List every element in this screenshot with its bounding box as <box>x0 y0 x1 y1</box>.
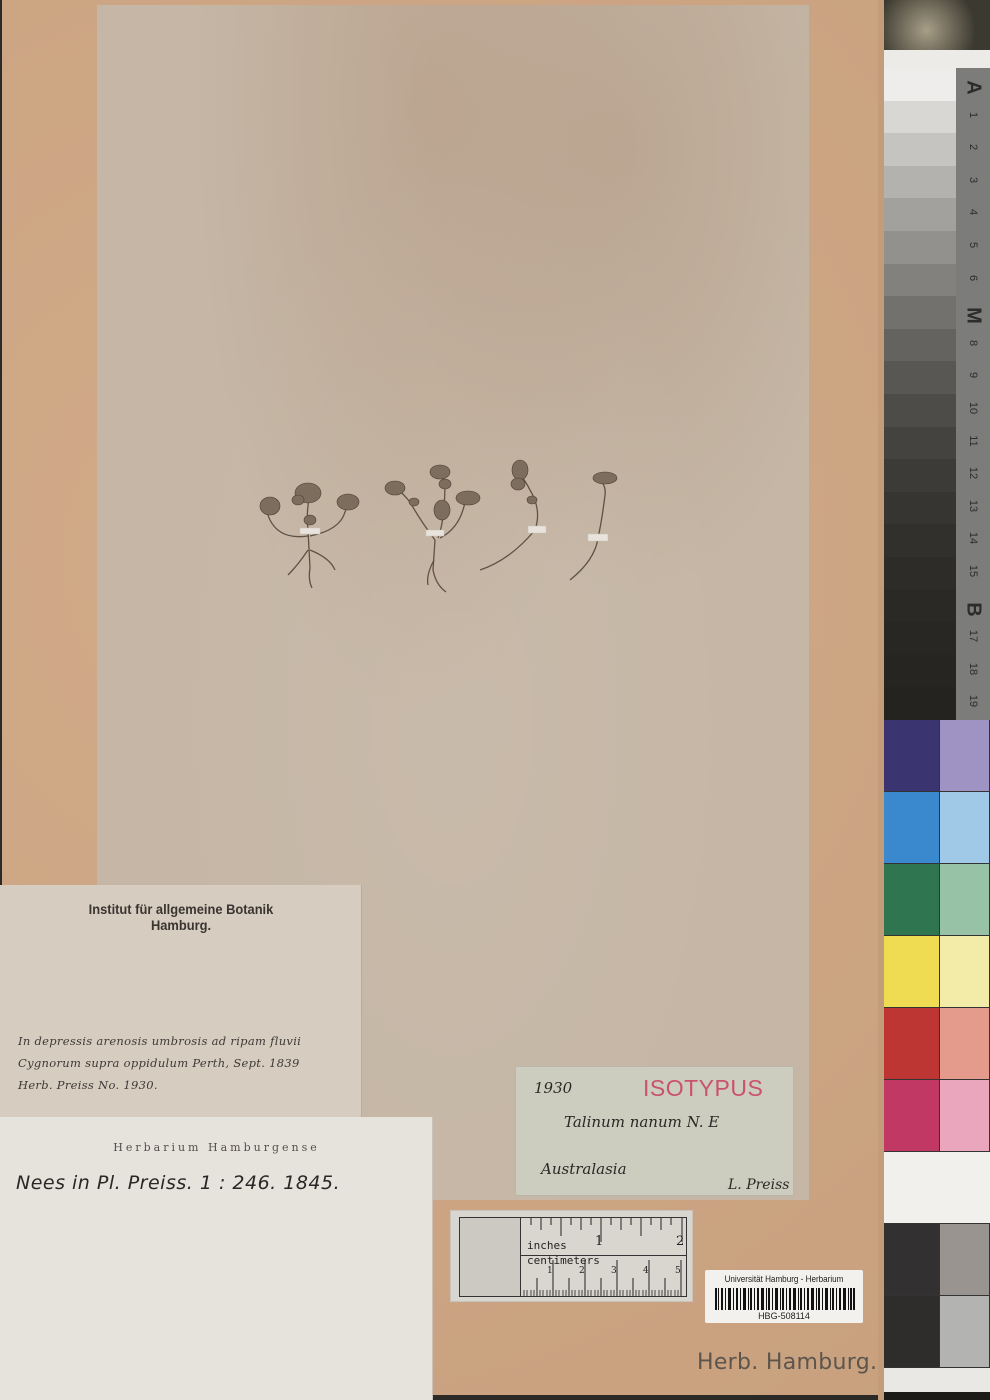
cm-mark-5: 5 <box>675 1266 681 1276</box>
inches-label: inches <box>527 1239 567 1252</box>
isotypus-label: 1930 ISOTYPUS Talinum nanum N. E Austral… <box>515 1066 794 1196</box>
chart-top-shadow <box>884 0 990 50</box>
color-patch-dark <box>884 1152 940 1224</box>
herbarium-hamburgense-label: Herbarium Hamburgense Nees in Pl. Preiss… <box>0 1117 433 1400</box>
color-patch-light <box>940 1152 990 1224</box>
color-calibration-chart: A123456M89101112131415B171819 <box>884 0 990 1400</box>
gray-scale-labels: A123456M89101112131415B171819 <box>956 68 990 720</box>
gray-step <box>884 492 956 526</box>
scale-ruler: inches centimeters 1 2 1 2 3 4 5 <box>450 1210 693 1302</box>
barcode-icon <box>715 1288 855 1310</box>
scale-label: 12 <box>967 456 979 490</box>
color-patch-light <box>940 1080 990 1152</box>
color-patch-dark <box>884 1080 940 1152</box>
gray-step <box>884 68 956 102</box>
gray-step <box>884 655 956 689</box>
inch-mark-2: 2 <box>676 1234 684 1249</box>
gray-step <box>884 264 956 298</box>
dried-plant-specimens <box>250 450 630 600</box>
citation-note: Nees in Pl. Preiss. 1 : 246. 1845. <box>16 1172 340 1194</box>
barcode-number: HBG-508114 <box>705 1311 863 1321</box>
centimeters-label: centimeters <box>527 1254 600 1267</box>
isotypus-stamp: ISOTYPUS <box>643 1075 763 1102</box>
ruler-blank-area <box>460 1218 521 1296</box>
cm-mark-1: 1 <box>547 1266 553 1276</box>
institut-title-line1: Institut für allgemeine Botanik <box>14 901 347 917</box>
color-patch-dark <box>884 720 940 792</box>
color-patch-light <box>940 1008 990 1080</box>
scale-label: 11 <box>967 424 979 458</box>
color-patch-dark <box>884 792 940 864</box>
barcode-institution: Universität Hamburg - Herbarium <box>713 1274 855 1284</box>
color-patch-dark <box>884 1224 940 1296</box>
scale-label: 10 <box>967 391 979 425</box>
color-patch-light <box>940 936 990 1008</box>
region-name: Australasia <box>541 1160 627 1178</box>
collection-locality-note: In depressis arenosis umbrosis ad ripam … <box>18 1030 348 1096</box>
color-patch-light <box>940 720 990 792</box>
gray-step <box>884 166 956 200</box>
gray-step <box>884 133 956 167</box>
gray-step <box>884 557 956 591</box>
color-patch-dark <box>884 1008 940 1080</box>
scale-label: 1 <box>967 98 979 132</box>
barcode-label: Universität Hamburg - Herbarium HBG-5081… <box>705 1270 863 1323</box>
gray-step <box>884 622 956 656</box>
scale-label: 15 <box>967 554 979 588</box>
institut-title: Institut für allgemeine Botanik Hamburg. <box>14 901 347 933</box>
color-patch-light <box>940 1224 990 1296</box>
scale-label: 6 <box>967 261 979 295</box>
scale-label: 17 <box>967 619 979 653</box>
scale-label: 3 <box>967 163 979 197</box>
scale-label: 9 <box>967 358 979 392</box>
herbarium-sheet-scene: Institut für allgemeine Botanik Hamburg.… <box>0 0 990 1400</box>
cm-mark-3: 3 <box>611 1266 617 1276</box>
color-patch-light <box>940 792 990 864</box>
gray-step <box>884 198 956 232</box>
gray-step <box>884 427 956 461</box>
cm-mark-4: 4 <box>643 1266 649 1276</box>
herb-hamburg-stamp: Herb. Hamburg. <box>697 1350 877 1375</box>
scale-label: 18 <box>967 652 979 686</box>
scale-label: 4 <box>967 195 979 229</box>
species-name: Talinum nanum N. E <box>564 1113 719 1131</box>
color-patch-dark <box>884 1296 940 1368</box>
gray-step <box>884 231 956 265</box>
scale-label: 14 <box>967 521 979 555</box>
gray-step <box>884 590 956 624</box>
locality-line2: Cygnorum supra oppidulum Perth, Sept. 18… <box>18 1052 348 1074</box>
gray-step <box>884 361 956 395</box>
collector-name: L. Preiss <box>728 1177 789 1193</box>
gray-step <box>884 459 956 493</box>
collection-number: 1930 <box>534 1079 572 1097</box>
inch-mark-1: 1 <box>595 1234 603 1249</box>
color-patch-dark <box>884 936 940 1008</box>
hamburgense-title: Herbarium Hamburgense <box>0 1141 433 1154</box>
chart-bottom-edge <box>884 1392 990 1400</box>
scale-label: 8 <box>967 326 979 360</box>
cm-mark-2: 2 <box>579 1266 585 1276</box>
scale-label: 19 <box>967 684 979 718</box>
scale-label: 5 <box>967 228 979 262</box>
gray-step <box>884 687 956 721</box>
institut-title-line2: Hamburg. <box>14 917 347 933</box>
gray-step <box>884 101 956 135</box>
institut-label: Institut für allgemeine Botanik Hamburg.… <box>0 885 362 1117</box>
locality-line1: In depressis arenosis umbrosis ad ripam … <box>18 1030 348 1052</box>
ruler-frame: inches centimeters 1 2 1 2 3 4 5 <box>459 1217 687 1297</box>
locality-line3: Herb. Preiss No. 1930. <box>18 1074 348 1096</box>
scale-label: 13 <box>967 489 979 523</box>
color-patch-light <box>940 864 990 936</box>
gray-step <box>884 296 956 330</box>
scale-label: 2 <box>967 130 979 164</box>
gray-step <box>884 524 956 558</box>
color-patch-dark <box>884 864 940 936</box>
gray-step <box>884 329 956 363</box>
chart-white-strip <box>884 50 990 68</box>
gray-step <box>884 394 956 428</box>
color-patch-light <box>940 1296 990 1368</box>
